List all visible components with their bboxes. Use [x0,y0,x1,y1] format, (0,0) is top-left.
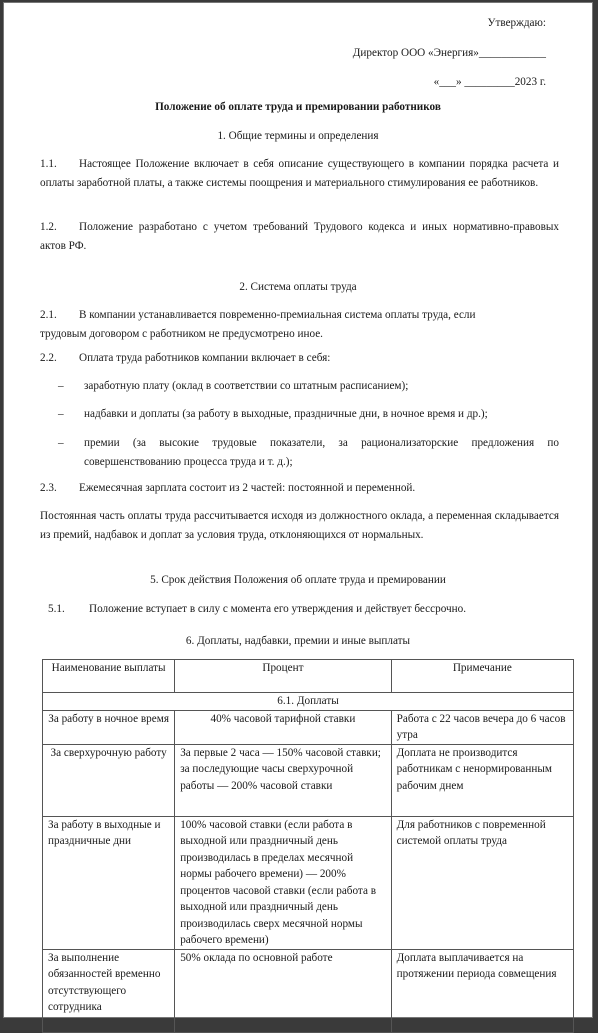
salary-structure-paragraph: Постоянная часть оплаты труда рассчитыва… [40,507,559,545]
cell-percent: 50% оклада по основной работе [175,949,391,1024]
clause-number: 1.2. [40,218,79,237]
clause-number: 2.1. [40,306,79,325]
clause-2-2: 2.2.Оплата труда работников компании вкл… [40,349,559,368]
cell-note: Работа с 22 часов вечера до 6 часов утра [391,710,573,744]
cell-payment-name: За работу в ночное время [43,710,175,744]
cell-payment-name: За сверхурочную работу [43,744,175,816]
clause-1-1: 1.1.Настоящее Положение включает в себя … [40,155,559,193]
payments-table: Наименование выплаты Процент Примечание … [42,659,574,1024]
cell-percent: За первые 2 часа — 150% часовой ставки; … [175,744,391,816]
dash-icon: – [58,405,64,424]
section-5-heading: 5. Срок действия Положения об оплате тру… [4,572,592,588]
header-percent: Процент [175,660,391,693]
clause-text: Положение разработано с учетом требовани… [40,221,559,252]
clause-text: Ежемесячная зарплата состоит из 2 частей… [79,482,415,494]
cell-note: Для работников с повременной системой оп… [391,816,573,949]
cell-note: Доплата не производится работникам с нен… [391,744,573,816]
clause-text: Оплата труда работников компании включае… [79,352,330,364]
clause-2-3: 2.3.Ежемесячная зарплата состоит из 2 ча… [40,479,559,498]
section-2-heading: 2. Система оплаты труда [4,279,592,295]
table-row: За работу в ночное время 40% часовой тар… [43,710,574,744]
section-6-heading: 6. Доплаты, надбавки, премии и иные выпл… [4,633,592,649]
clause-number: 2.3. [40,479,79,498]
bullet-allowances: – надбавки и доплаты (за работу в выходн… [60,405,559,424]
section-1-heading: 1. Общие термины и определения [4,128,592,144]
cell-payment-name: За работу в выходные и праздничные дни [43,816,175,949]
table-row: За работу в выходные и праздничные дни 1… [43,816,574,949]
table-subheading-row: 6.1. Доплаты [43,693,574,711]
header-payment-name: Наименование выплаты [43,660,175,693]
subheading-surcharges: 6.1. Доплаты [43,693,574,711]
clause-number: 1.1. [40,155,79,174]
table-row: За выполнение обязанностей временно отсу… [43,949,574,1024]
table-row: За сверхурочную работу За первые 2 часа … [43,744,574,816]
clause-text: Настоящее Положение включает в себя опис… [40,158,559,189]
bullet-text: заработную плату (оклад в соответствии с… [84,377,559,396]
approval-date-line: «___» _________2023 г. [434,74,546,90]
bullet-bonuses: – премии (за высокие трудовые показатели… [60,434,559,472]
cell-percent: 40% часовой тарифной ставки [175,710,391,744]
clause-1-2: 1.2.Положение разработано с учетом требо… [40,218,559,256]
clause-text: В компании устанавливается повременно-пр… [40,309,476,340]
clause-number: 2.2. [40,349,79,368]
cell-payment-name: За выполнение обязанностей временно отсу… [43,949,175,1024]
table-header-row: Наименование выплаты Процент Примечание [43,660,574,693]
dash-icon: – [58,434,64,453]
clause-number: 5.1. [48,600,89,619]
clause-text: Положение вступает в силу с момента его … [89,603,466,615]
document-title: Положение об оплате труда и премировании… [4,99,592,115]
approval-label: Утверждаю: [488,15,546,31]
dash-icon: – [58,377,64,396]
clause-5-1: 5.1.Положение вступает в силу с момента … [48,600,567,619]
bullet-text: надбавки и доплаты (за работу в выходные… [84,405,559,424]
cell-note: Доплата выплачивается на протяжении пери… [391,949,573,1024]
document-page: Утверждаю: Директор ООО «Энергия»_______… [3,2,593,1018]
bullet-salary: – заработную плату (оклад в соответствии… [60,377,559,396]
bullet-text: премии (за высокие трудовые показатели, … [84,434,559,472]
clause-2-1: 2.1.В компании устанавливается повременн… [40,306,520,344]
approval-director-line: Директор ООО «Энергия»____________ [353,45,546,61]
header-note: Примечание [391,660,573,693]
cell-percent: 100% часовой ставки (если работа в выход… [175,816,391,949]
